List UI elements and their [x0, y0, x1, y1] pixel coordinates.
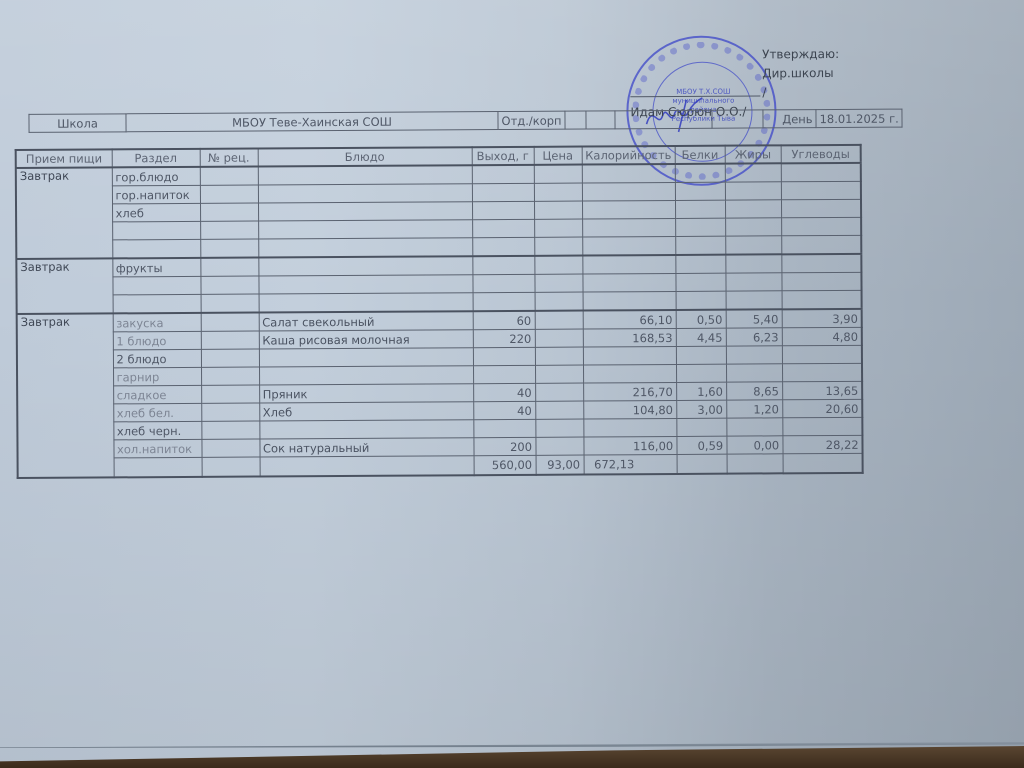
cell-carbs	[783, 417, 863, 435]
column-header: Жиры	[725, 145, 781, 163]
cell-dish: Пряник	[259, 384, 473, 403]
cell-protein	[677, 418, 727, 436]
total-row: 560,0093,00672,13	[18, 453, 863, 478]
cell-carbs	[781, 199, 861, 217]
cell-fat	[727, 454, 783, 474]
cell-fat: 6,23	[726, 328, 782, 346]
dept-value	[565, 111, 586, 129]
cell-protein	[676, 273, 726, 291]
cell-fat	[725, 163, 781, 182]
meal-group: Завтракгор.блюдогор.напитокхлеб	[16, 163, 862, 259]
cell-recipe	[200, 221, 258, 239]
cell-price	[534, 256, 582, 275]
cell-section: 2 блюдо	[113, 349, 201, 368]
day-label: День	[763, 110, 816, 128]
date-value: 18.01.2025 г.	[816, 109, 902, 128]
cell-section: сладкое	[113, 385, 201, 404]
cell-calories: 168,53	[583, 328, 676, 347]
cell-price	[534, 274, 582, 292]
cell-yield: 220	[473, 329, 535, 347]
cell-recipe	[200, 203, 258, 221]
cell-recipe	[201, 367, 259, 385]
cell-dish	[259, 348, 473, 367]
column-header: Углеводы	[781, 145, 861, 163]
cell-price	[535, 383, 583, 401]
cell-protein	[676, 364, 726, 382]
cell-yield: 200	[473, 437, 535, 455]
cell-fat	[725, 236, 781, 255]
cell-carbs: 3,90	[782, 309, 862, 328]
cell-dish	[258, 184, 472, 203]
cell-section: закуска	[113, 313, 201, 332]
cell-calories: 66,10	[583, 310, 676, 329]
cell-price	[534, 183, 582, 201]
column-header: Выход, г	[472, 147, 534, 165]
cell-calories	[583, 346, 676, 365]
cell-section	[112, 276, 200, 295]
cell-dish	[258, 220, 472, 239]
cell-yield: 40	[473, 401, 535, 419]
cell-recipe	[200, 258, 258, 277]
cell-calories	[582, 218, 675, 237]
cell-fat	[726, 254, 782, 273]
cell-recipe	[201, 385, 259, 403]
cell-price	[534, 165, 582, 184]
cell-fat	[726, 291, 782, 310]
cell-calories	[582, 182, 675, 201]
cell-fat	[725, 218, 781, 236]
cell-protein: 0,59	[677, 436, 727, 454]
meal-name: Завтрак	[16, 167, 113, 259]
column-header: Прием пищи	[16, 149, 112, 168]
cell-yield	[473, 365, 535, 383]
cell-carbs	[781, 181, 861, 199]
cell-section: хол.напиток	[113, 439, 201, 458]
cell-carbs: 4,80	[782, 327, 862, 345]
cell-fat: 5,40	[726, 309, 782, 328]
cell-fat	[727, 418, 783, 436]
cell-yield: 560,00	[474, 455, 536, 475]
cell-section	[112, 239, 200, 258]
cell-protein	[675, 218, 725, 236]
meal-name: Завтрак	[16, 258, 112, 314]
cell-calories	[582, 164, 675, 183]
cell-protein	[677, 454, 727, 474]
cell-recipe	[201, 439, 259, 457]
cell-carbs	[782, 290, 862, 309]
cell-calories	[582, 273, 675, 292]
cell-protein: 1,60	[676, 382, 726, 400]
meal-name: Завтрак	[17, 313, 114, 478]
menu-document: МБОУ Т.Х.СОШ муниципального района Респу…	[14, 34, 927, 510]
meal-group: Завтракфрукты	[16, 254, 862, 314]
cell-fat: 0,00	[727, 436, 783, 454]
cell-yield: 60	[473, 311, 535, 330]
cell-carbs	[781, 235, 861, 254]
cell-carbs	[783, 453, 863, 473]
desk-surface	[0, 746, 1024, 768]
cell-carbs: 28,22	[783, 435, 863, 453]
cell-protein: 4,45	[676, 328, 726, 346]
cell-section: хлеб черн.	[113, 421, 201, 440]
cell-yield	[473, 419, 535, 437]
blank-cell	[712, 110, 763, 128]
column-header: Раздел	[112, 149, 200, 168]
cell-recipe	[201, 331, 259, 349]
cell-section: фрукты	[112, 258, 200, 277]
cell-yield	[472, 274, 534, 292]
cell-calories: 216,70	[583, 382, 676, 401]
blank-cell	[615, 110, 712, 129]
cell-calories	[582, 236, 675, 255]
cell-calories	[583, 418, 676, 437]
cell-protein	[675, 164, 725, 183]
cell-calories: 104,80	[583, 400, 676, 419]
cell-carbs	[782, 272, 862, 290]
cell-dish: Сок натуральный	[259, 438, 473, 457]
cell-yield	[472, 219, 534, 237]
cell-section: хлеб	[112, 203, 200, 222]
dept-label: Отд./корп	[498, 111, 565, 129]
cell-fat	[726, 364, 782, 382]
meal-group: ЗавтракзакускаСалат свекольный6066,100,5…	[17, 309, 863, 478]
cell-protein	[675, 200, 725, 218]
cell-dish	[259, 293, 473, 313]
cell-fat: 1,20	[726, 400, 782, 418]
cell-recipe	[200, 239, 258, 258]
cell-price	[535, 329, 583, 347]
cell-dish	[260, 456, 474, 477]
cell-carbs: 13,65	[782, 381, 862, 399]
cell-fat	[726, 273, 782, 291]
cell-price	[535, 401, 583, 419]
cell-carbs	[781, 217, 861, 235]
signature-line	[630, 95, 760, 97]
cell-calories: 116,00	[583, 436, 676, 455]
cell-fat: 8,65	[726, 382, 782, 400]
cell-price	[535, 437, 583, 455]
cell-dish	[259, 366, 473, 385]
column-header: № рец.	[200, 149, 258, 167]
cell-recipe	[200, 167, 258, 186]
cell-price	[534, 237, 582, 256]
cell-section	[113, 294, 201, 313]
cell-price: 93,00	[536, 455, 584, 475]
cell-yield	[472, 165, 534, 184]
cell-fat	[726, 346, 782, 364]
column-header: Блюдо	[258, 147, 472, 166]
cell-yield	[473, 292, 535, 311]
cell-price	[535, 419, 583, 437]
cell-dish: Салат свекольный	[259, 311, 473, 331]
cell-dish: Каша рисовая молочная	[259, 330, 473, 349]
cell-calories: 672,13	[584, 454, 677, 474]
approval-position: Дир.школы	[762, 63, 924, 83]
cell-price	[535, 347, 583, 365]
column-header: Белки	[675, 146, 725, 164]
cell-section	[114, 457, 202, 477]
cell-dish	[258, 256, 472, 276]
cell-yield	[472, 201, 534, 219]
cell-section: гарнир	[113, 367, 201, 386]
cell-recipe	[201, 313, 259, 332]
cell-carbs	[782, 363, 862, 381]
cell-section: гор.блюдо	[112, 167, 200, 186]
cell-recipe	[202, 457, 260, 477]
cell-dish	[258, 202, 472, 221]
cell-calories	[582, 200, 675, 219]
cell-fat	[725, 200, 781, 218]
cell-protein	[676, 291, 726, 310]
column-header: Цена	[534, 147, 582, 165]
cell-price	[535, 292, 583, 311]
cell-yield	[472, 237, 534, 256]
cell-yield	[473, 347, 535, 365]
cell-dish	[258, 275, 472, 294]
cell-section	[112, 221, 200, 240]
cell-section: гор.напиток	[112, 185, 200, 204]
cell-dish: Хлеб	[259, 402, 473, 421]
cell-carbs	[781, 163, 861, 182]
approval-title: Утверждаю:	[762, 44, 924, 64]
cell-protein	[675, 182, 725, 200]
cell-calories	[583, 364, 676, 383]
cell-recipe	[201, 349, 259, 367]
school-name: МБОУ Теве-Хаинская СОШ	[126, 112, 498, 132]
column-header: Калорийность	[582, 146, 675, 165]
cell-dish	[258, 238, 472, 258]
cell-protein	[676, 255, 726, 274]
cell-price	[534, 219, 582, 237]
cell-section: хлеб бел.	[113, 403, 201, 422]
cell-section: 1 блюдо	[113, 331, 201, 350]
paper-stack-edge	[0, 742, 1024, 748]
cell-recipe	[200, 185, 258, 203]
cell-price	[534, 201, 582, 219]
blank-cell	[586, 111, 615, 129]
cell-dish	[259, 420, 473, 439]
cell-price	[535, 311, 583, 330]
cell-recipe	[201, 421, 259, 439]
cell-recipe	[201, 403, 259, 421]
cell-yield	[472, 183, 534, 201]
cell-recipe	[200, 276, 258, 294]
cell-calories	[582, 255, 675, 274]
cell-dish	[258, 165, 472, 185]
cell-yield	[472, 256, 534, 275]
cell-protein	[676, 346, 726, 364]
menu-table: Прием пищиРаздел№ рец.БлюдоВыход, гЦенаК…	[15, 144, 864, 479]
school-label: Школа	[29, 114, 126, 133]
cell-recipe	[201, 294, 259, 313]
cell-carbs: 20,60	[782, 399, 862, 417]
cell-fat	[725, 182, 781, 200]
cell-protein: 3,00	[676, 400, 726, 418]
cell-yield: 40	[473, 383, 535, 401]
cell-calories	[583, 291, 676, 310]
cell-price	[535, 365, 583, 383]
cell-carbs	[782, 254, 862, 273]
cell-protein: 0,50	[676, 310, 726, 329]
cell-carbs	[782, 345, 862, 363]
cell-protein	[675, 236, 725, 255]
